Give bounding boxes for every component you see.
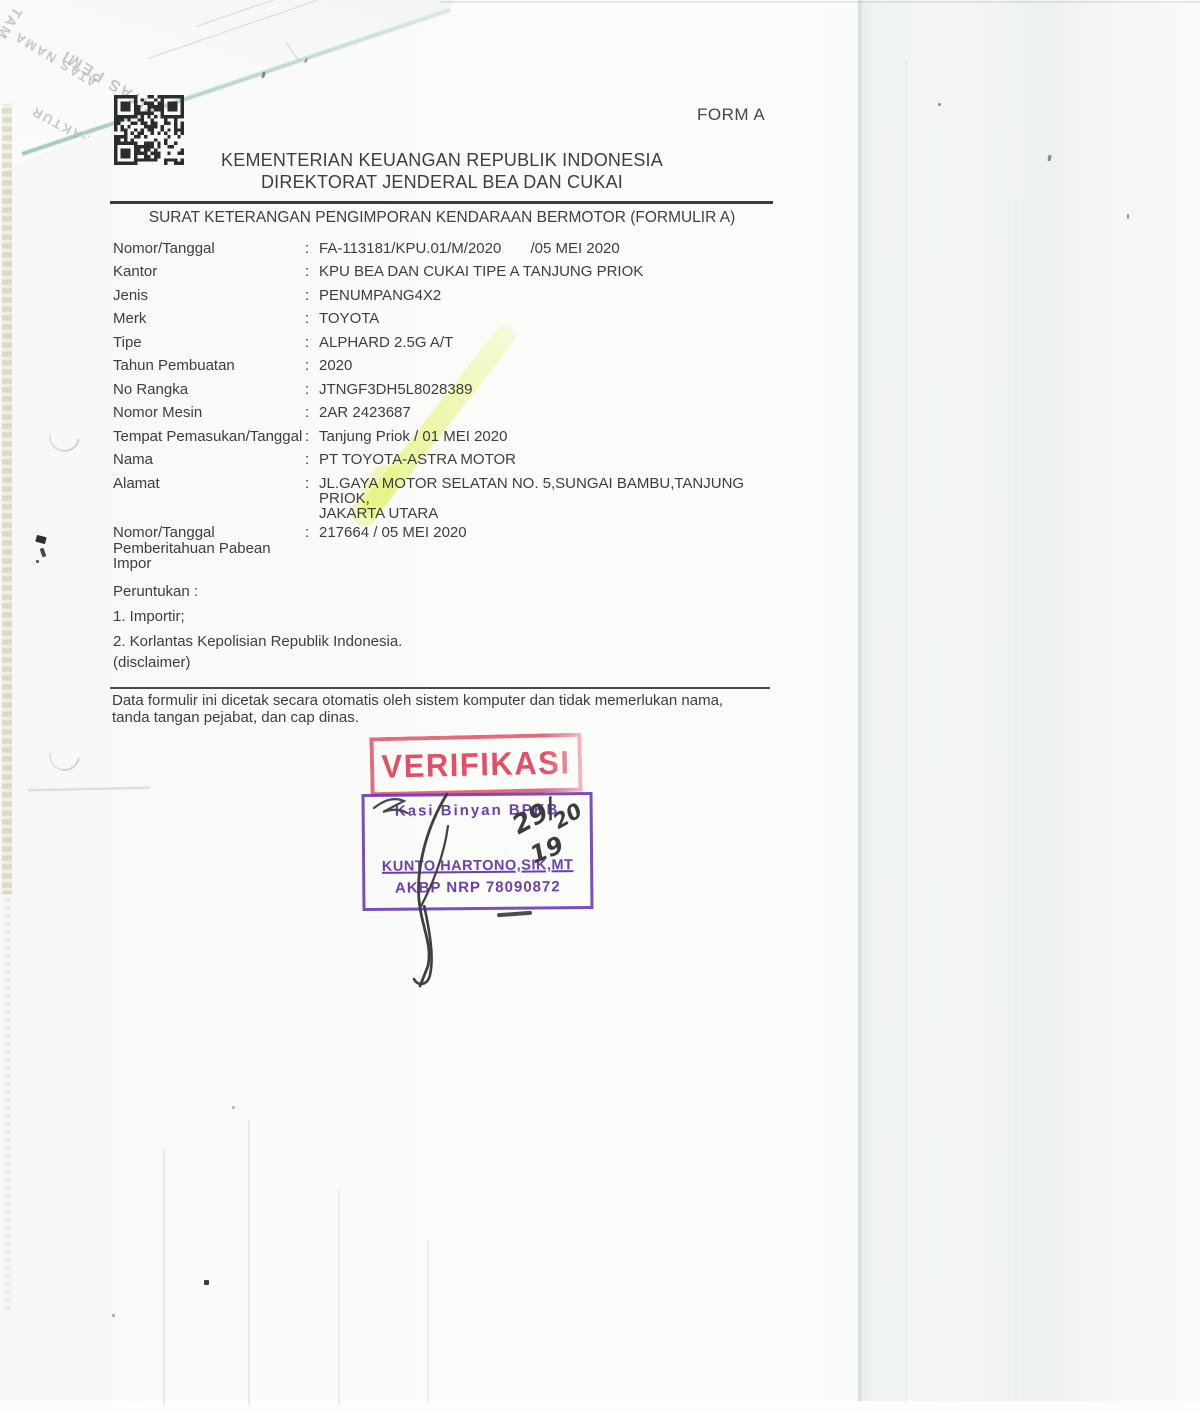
field-colon: : — [305, 525, 319, 540]
ink-speck — [35, 535, 46, 544]
header-line2: DIREKTORAT JENDERAL BEA DAN CUKAI — [110, 171, 774, 193]
peruntukan-heading: Peruntukan : — [113, 583, 402, 600]
field-colon: : — [305, 288, 319, 303]
scan-bottom-margin — [0, 1401, 1200, 1412]
field-colon: : — [305, 382, 319, 397]
field-label: Alamat — [113, 476, 305, 491]
ink-speck — [304, 58, 308, 63]
disclaimer-placeholder: (disclaimer) — [113, 654, 191, 671]
field-row-jenis: Jenis:PENUMPANG4X2 — [113, 288, 773, 303]
ink-speck — [232, 1106, 235, 1109]
field-colon: : — [305, 335, 319, 350]
footer-divider — [110, 687, 770, 689]
field-value: KPU BEA DAN CUKAI TIPE A TANJUNG PRIOK — [319, 264, 773, 279]
field-colon: : — [305, 476, 319, 491]
field-colon: : — [305, 264, 319, 279]
ink-speck — [112, 1314, 115, 1317]
approval-stamp-rank: AKBP NRP 78090872 — [365, 878, 590, 897]
scan-streak — [905, 60, 907, 1405]
paper-crease — [28, 787, 150, 792]
field-row-no-rangka: No Rangka:JTNGF3DH5L8028389 — [113, 382, 773, 397]
punch-hole — [43, 734, 86, 777]
field-value: JL.GAYA MOTOR SELATAN NO. 5,SUNGAI BAMBU… — [319, 476, 773, 522]
scanned-document: ATAS NAMA IDENTITAS PEMI NO. FAKTUR TAM … — [0, 0, 1200, 1412]
field-value: 2020 — [319, 358, 773, 373]
binding-edge-texture — [4, 890, 11, 1310]
verifikasi-stamp-text: VERIFIKASI — [381, 743, 571, 785]
field-row-nama: Nama:PT TOYOTA-ASTRA MOTOR — [113, 452, 773, 467]
field-colon: : — [305, 311, 319, 326]
field-colon: : — [305, 241, 319, 256]
scan-streak — [1015, 200, 1017, 1405]
peruntukan-section: Peruntukan : 1. Importir; 2. Korlantas K… — [113, 583, 402, 658]
field-table: Nomor/Tanggal:FA-113181/KPU.01/M/2020 /0… — [113, 241, 773, 580]
ink-speck — [1127, 214, 1129, 219]
document-title: SURAT KETERANGAN PENGIMPORAN KENDARAAN B… — [110, 209, 774, 227]
field-row-tipe: Tipe:ALPHARD 2.5G A/T — [113, 335, 773, 350]
field-row-pabean-impor: Nomor/Tanggal Pemberitahuan Pabean Impor… — [113, 525, 773, 572]
field-row-alamat: Alamat:JL.GAYA MOTOR SELATAN NO. 5,SUNGA… — [113, 476, 773, 522]
form-a-label: FORM A — [697, 105, 765, 125]
paper-edge-shadow — [858, 0, 861, 1412]
field-row-merk: Merk:TOYOTA — [113, 311, 773, 326]
field-label: Nomor Mesin — [113, 405, 305, 420]
field-value: Tanjung Priok / 01 MEI 2020 — [319, 429, 773, 444]
field-value: PT TOYOTA-ASTRA MOTOR — [319, 452, 773, 467]
field-row-tahun: Tahun Pembuatan:2020 — [113, 358, 773, 373]
field-label: Nama — [113, 452, 305, 467]
scan-streak — [338, 1190, 340, 1405]
scan-streak — [427, 1240, 429, 1405]
peruntukan-item: 1. Importir; — [113, 608, 402, 625]
scan-right-page-edge — [860, 0, 1200, 1412]
field-colon: : — [305, 452, 319, 467]
ink-speck — [938, 103, 941, 106]
ink-speck — [36, 560, 39, 563]
ink-speck — [204, 1280, 209, 1285]
pen-scribble — [497, 911, 532, 917]
field-label: Nomor/Tanggal — [113, 241, 305, 256]
ministry-header: KEMENTERIAN KEUANGAN REPUBLIK INDONESIA … — [110, 149, 774, 193]
field-label: Tahun Pembuatan — [113, 358, 305, 373]
field-row-tempat-pemasukan: Tempat Pemasukan/Tanggal:Tanjung Priok /… — [113, 429, 773, 444]
scan-top-edge — [440, 1, 1200, 3]
field-value: JTNGF3DH5L8028389 — [319, 382, 773, 397]
scan-streak — [248, 1120, 250, 1405]
ink-speck — [261, 72, 266, 79]
field-colon: : — [305, 405, 319, 420]
field-label: No Rangka — [113, 382, 305, 397]
ghost-line — [148, 0, 387, 59]
signature-tail — [400, 905, 470, 990]
field-label: Merk — [113, 311, 305, 326]
field-value: 2AR 2423687 — [319, 405, 773, 420]
field-label: Kantor — [113, 264, 305, 279]
field-colon: : — [305, 358, 319, 373]
field-value: TOYOTA — [319, 311, 773, 326]
scan-streak — [163, 1150, 165, 1405]
header-line1: KEMENTERIAN KEUANGAN REPUBLIK INDONESIA — [110, 149, 774, 171]
binding-edge-texture — [2, 104, 12, 894]
verifikasi-stamp: VERIFIKASI — [369, 733, 582, 797]
peruntukan-item: 2. Korlantas Kepolisian Republik Indones… — [113, 633, 402, 650]
field-value: FA-113181/KPU.01/M/2020 /05 MEI 2020 — [319, 241, 773, 256]
field-label: Tipe — [113, 335, 305, 350]
field-label: Tempat Pemasukan/Tanggal — [113, 429, 305, 444]
field-value: 217664 / 05 MEI 2020 — [319, 525, 773, 540]
field-label: Jenis — [113, 288, 305, 303]
ink-speck — [40, 548, 47, 558]
field-label: Nomor/Tanggal Pemberitahuan Pabean Impor — [113, 525, 305, 572]
field-value: PENUMPANG4X2 — [319, 288, 773, 303]
header-divider — [110, 201, 773, 204]
field-colon: : — [305, 429, 319, 444]
field-row-nomor-mesin: Nomor Mesin:2AR 2423687 — [113, 405, 773, 420]
field-row-nomor-tanggal: Nomor/Tanggal:FA-113181/KPU.01/M/2020 /0… — [113, 241, 773, 256]
punch-hole — [43, 415, 86, 458]
field-row-kantor: Kantor:KPU BEA DAN CUKAI TIPE A TANJUNG … — [113, 264, 773, 279]
footer-note: Data formulir ini dicetak secara otomati… — [112, 692, 762, 726]
field-value: ALPHARD 2.5G A/T — [319, 335, 773, 350]
